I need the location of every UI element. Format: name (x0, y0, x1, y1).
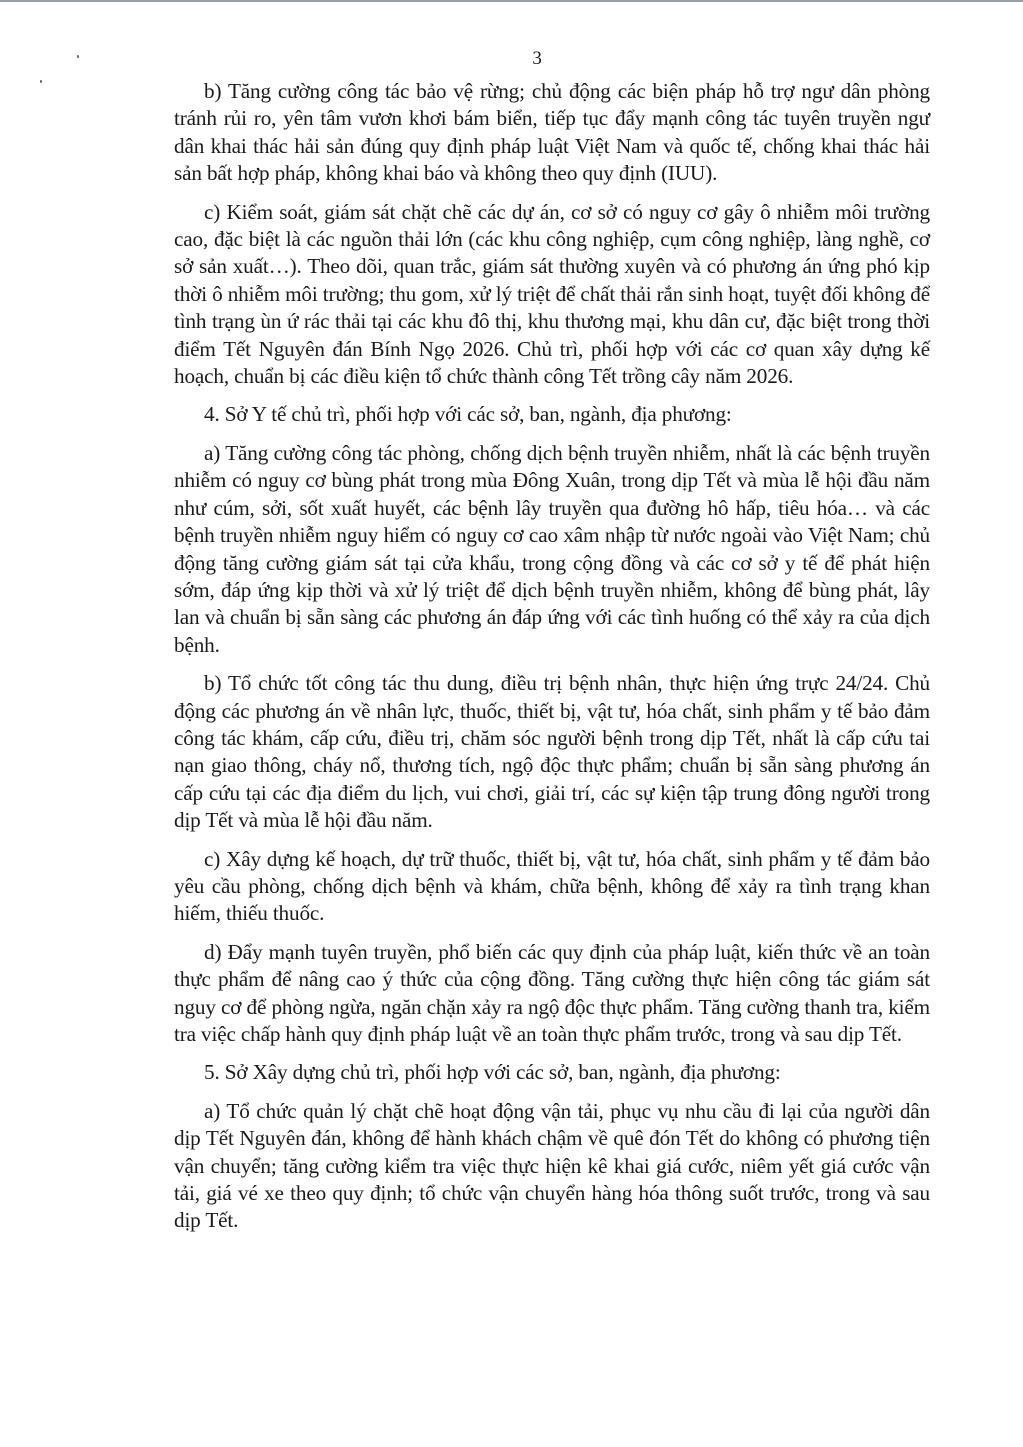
document-page: 3 b) Tăng cường công tác bảo vệ rừng; ch… (174, 46, 930, 1246)
scan-speck (40, 80, 42, 83)
paragraph-4b: b) Tổ chức tốt công tác thu dung, điều t… (174, 670, 930, 834)
scan-top-edge (0, 0, 1023, 2)
section-4-heading: 4. Sở Y tế chủ trì, phối hợp với các sở,… (174, 401, 930, 428)
paragraph-4d: d) Đẩy mạnh tuyên truyền, phổ biến các q… (174, 939, 930, 1049)
paragraph-4a: a) Tăng cường công tác phòng, chống dịch… (174, 440, 930, 659)
scan-speck (77, 55, 79, 58)
paragraph-3c: c) Kiểm soát, giám sát chặt chẽ các dự á… (174, 199, 930, 391)
section-5-heading: 5. Sở Xây dựng chủ trì, phối hợp với các… (174, 1059, 930, 1086)
paragraph-4c: c) Xây dựng kế hoạch, dự trữ thuốc, thiế… (174, 846, 930, 928)
paragraph-3b: b) Tăng cường công tác bảo vệ rừng; chủ … (174, 78, 930, 188)
paragraph-5a: a) Tổ chức quản lý chặt chẽ hoạt động vậ… (174, 1098, 930, 1235)
page-number: 3 (144, 46, 930, 72)
